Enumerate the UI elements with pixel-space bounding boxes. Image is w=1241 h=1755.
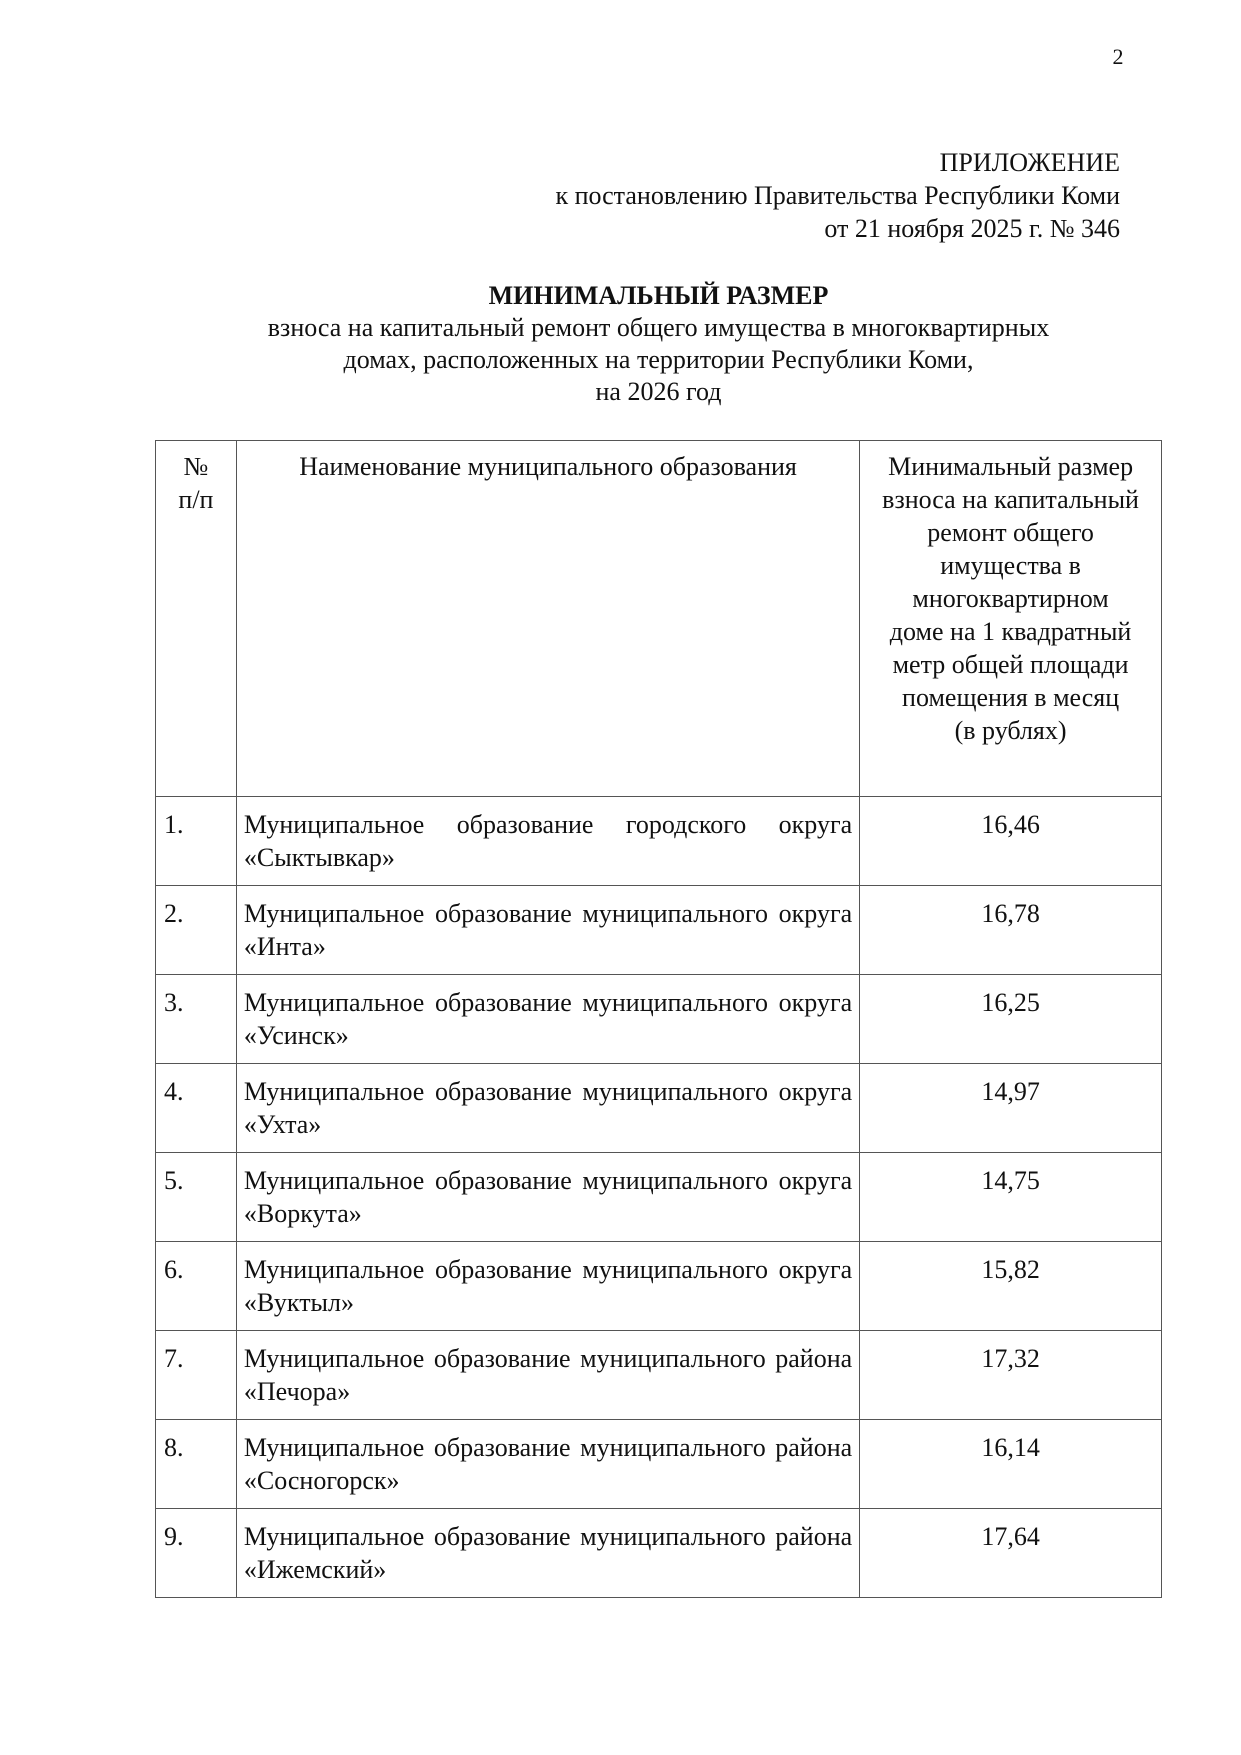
- contribution-value: 16,25: [860, 975, 1162, 1064]
- document-title-block: МИНИМАЛЬНЫЙ РАЗМЕР взноса на капитальный…: [155, 280, 1162, 408]
- appendix-block: ПРИЛОЖЕНИЕ к постановлению Правительства…: [555, 146, 1120, 245]
- row-number: 8.: [156, 1420, 237, 1509]
- document-subtitle-line-1: взноса на капитальный ремонт общего имущ…: [155, 312, 1162, 344]
- appendix-decree-ref: к постановлению Правительства Республики…: [555, 179, 1120, 212]
- document-subtitle-line-2: домах, расположенных на территории Респу…: [155, 344, 1162, 376]
- municipality-name: Муниципальное образование муниципального…: [236, 1509, 859, 1598]
- row-number: 1.: [156, 797, 237, 886]
- municipality-name: Муниципальное образование муниципального…: [236, 1153, 859, 1242]
- row-number: 6.: [156, 1242, 237, 1331]
- table-header-row: № п/п Наименование муниципального образо…: [156, 441, 1162, 797]
- municipality-name: Муниципальное образование муниципального…: [236, 886, 859, 975]
- header-number: № п/п: [156, 441, 237, 797]
- municipality-name: Муниципальное образование городского окр…: [236, 797, 859, 886]
- municipality-name: Муниципальное образование муниципального…: [236, 1242, 859, 1331]
- contribution-value: 16,14: [860, 1420, 1162, 1509]
- appendix-decree-date: от 21 ноября 2025 г. № 346: [555, 212, 1120, 245]
- municipality-name: Муниципальное образование муниципального…: [236, 1331, 859, 1420]
- contribution-value: 17,64: [860, 1509, 1162, 1598]
- appendix-label: ПРИЛОЖЕНИЕ: [555, 146, 1120, 179]
- table-row: 5. Муниципальное образование муниципальн…: [156, 1153, 1162, 1242]
- table-row: 4. Муниципальное образование муниципальн…: [156, 1064, 1162, 1153]
- row-number: 9.: [156, 1509, 237, 1598]
- municipality-name: Муниципальное образование муниципального…: [236, 975, 859, 1064]
- table-row: 1. Муниципальное образование городского …: [156, 797, 1162, 886]
- contribution-value: 14,75: [860, 1153, 1162, 1242]
- table-row: 6. Муниципальное образование муниципальн…: [156, 1242, 1162, 1331]
- contribution-value: 17,32: [860, 1331, 1162, 1420]
- contribution-value: 15,82: [860, 1242, 1162, 1331]
- table-row: 9. Муниципальное образование муниципальн…: [156, 1509, 1162, 1598]
- document-subtitle-line-3: на 2026 год: [155, 376, 1162, 408]
- contribution-value: 16,78: [860, 886, 1162, 975]
- contribution-value: 16,46: [860, 797, 1162, 886]
- municipality-name: Муниципальное образование муниципального…: [236, 1420, 859, 1509]
- contribution-rates-table: № п/п Наименование муниципального образо…: [155, 440, 1162, 1598]
- document-title: МИНИМАЛЬНЫЙ РАЗМЕР: [155, 280, 1162, 312]
- table-row: 2. Муниципальное образование муниципальн…: [156, 886, 1162, 975]
- page-number: 2: [1098, 44, 1138, 70]
- row-number: 7.: [156, 1331, 237, 1420]
- row-number: 4.: [156, 1064, 237, 1153]
- row-number: 2.: [156, 886, 237, 975]
- contribution-value: 14,97: [860, 1064, 1162, 1153]
- table-row: 3. Муниципальное образование муниципальн…: [156, 975, 1162, 1064]
- header-municipality-name: Наименование муниципального образования: [236, 441, 859, 797]
- table-row: 7. Муниципальное образование муниципальн…: [156, 1331, 1162, 1420]
- row-number: 5.: [156, 1153, 237, 1242]
- header-min-contribution: Минимальный размер взноса на капитальный…: [860, 441, 1162, 797]
- row-number: 3.: [156, 975, 237, 1064]
- municipality-name: Муниципальное образование муниципального…: [236, 1064, 859, 1153]
- table-row: 8. Муниципальное образование муниципальн…: [156, 1420, 1162, 1509]
